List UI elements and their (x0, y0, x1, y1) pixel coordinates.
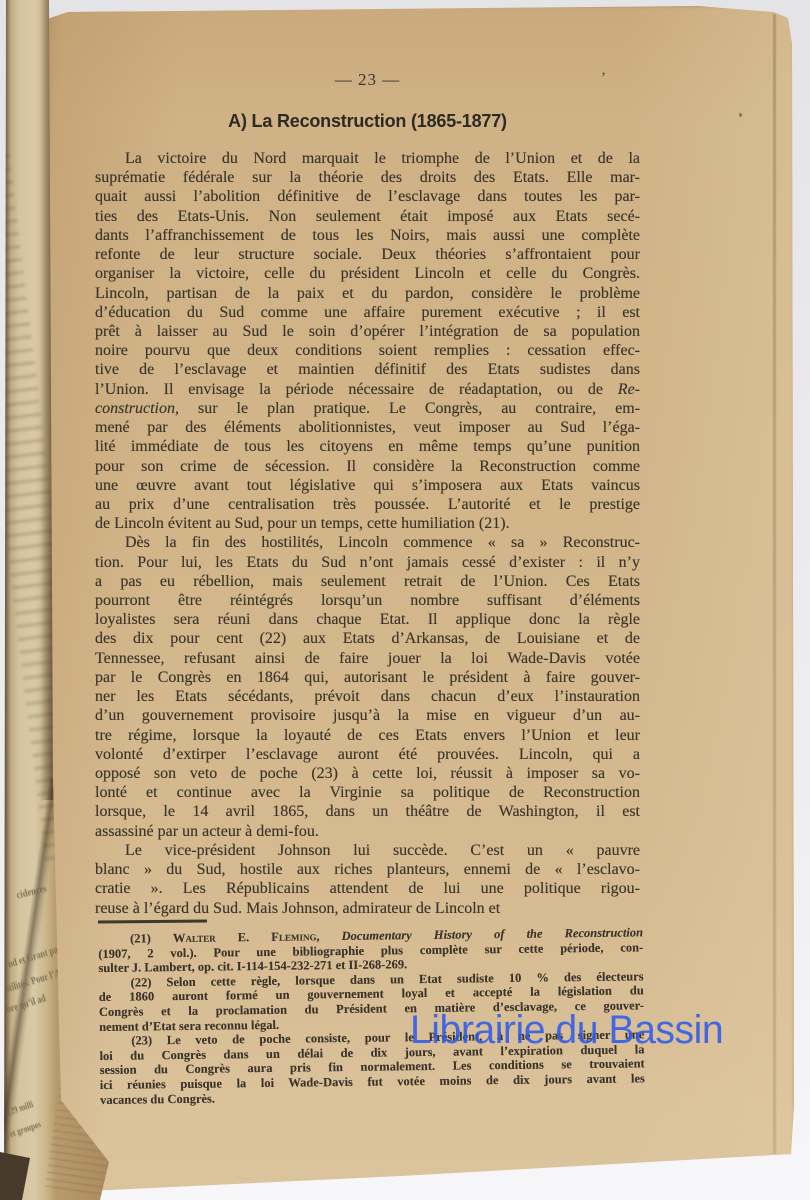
book-photo: cidencesnd et Grant pastilités. Pour l’A… (0, 0, 810, 1200)
text-segment: Lincoln, partisan de la paix et du pardo… (95, 285, 640, 302)
text-segment: lorsque, le 14 avril 1865, dans un théât… (95, 803, 640, 820)
text-segment: cratie ». Les Républicains attendent de … (95, 880, 640, 897)
text-line: tive de l’esclavage et maintien définiti… (95, 360, 640, 379)
text-segment: pourront être réintégrés lorsqu’un nombr… (95, 592, 640, 609)
text-line: assassiné par un acteur à demi-fou. (95, 822, 640, 841)
text-line: des dix pour cent (22) aux Etats d’Arkan… (95, 629, 640, 648)
page-number: — 23 — (95, 70, 640, 90)
footnote-separator (98, 920, 207, 923)
text-line: a pas eu rébellion, mais seulement retra… (95, 572, 640, 591)
text-segment: (21) (130, 931, 173, 946)
text-segment: a pas eu rébellion, mais seulement retra… (95, 573, 640, 590)
text-segment: prêt à laisser au Sud le soin d’opérer l… (95, 323, 640, 340)
text-line: Tennessee, refusant ainsi de faire jouer… (95, 649, 640, 668)
text-line: pour son crime de sécession. Il considèr… (95, 457, 640, 476)
text-line: construction, sur le plan pratique. Le C… (95, 399, 640, 418)
text-line: refonte de leur structure sociale. Deux … (95, 245, 640, 264)
text-line: suprématie fédérale sur la théorie des d… (95, 168, 640, 187)
text-line: lité immédiate de tous les citoyens en m… (95, 437, 640, 456)
text-segment: noire pourvu que deux conditions soient … (95, 342, 640, 359)
text-segment: tive de l’esclavage et maintien définiti… (95, 361, 640, 378)
text-segment: vacances du Congrès. (100, 1091, 215, 1106)
text-segment: quait aussi l’abolition définitive de l’… (95, 188, 640, 205)
text-segment: construction (95, 400, 175, 417)
text-segment: lité immédiate de tous les citoyens en m… (95, 438, 640, 455)
text-line: mené par des éléments abolitionnistes, v… (95, 418, 640, 437)
text-segment: des dix pour cent (22) aux Etats d’Arkan… (95, 630, 640, 647)
text-line: pourront être réintégrés lorsqu’un nombr… (95, 591, 640, 610)
text-line: ner les Etats sécédants, prévoit dans ch… (95, 687, 640, 706)
text-line: dants l’affranchissement de tous les Noi… (95, 226, 640, 245)
text-line: d’éducation du Sud comme une affaire pur… (95, 303, 640, 322)
text-line: cratie ». Les Républicains attendent de … (95, 879, 640, 898)
text-segment: blanc » du Sud, hostile aux riches plant… (95, 861, 640, 878)
text-segment: ner les Etats sécédants, prévoit dans ch… (95, 688, 640, 705)
text-line: ties des Etats-Unis. Non seulement était… (95, 207, 640, 226)
text-line: blanc » du Sud, hostile aux riches plant… (95, 860, 640, 879)
text-segment: d’un gouvernement provisoire jusqu’à la … (95, 707, 640, 724)
text-segment: tion. Pour lui, les Etats du Sud n’ont j… (95, 554, 640, 571)
text-segment: Tennessee, refusant ainsi de faire jouer… (95, 650, 640, 667)
text-segment: mené par des éléments abolitionnistes, v… (95, 419, 640, 436)
text-line: l’Union. Il envisage la période nécessai… (95, 380, 640, 399)
text-segment: lonté et continue avec la Virginie sa po… (95, 784, 640, 801)
text-segment: loyalistes sera réuni dans chaque Etat. … (95, 611, 640, 628)
text-segment: reuse à l’égard du Sud. Mais Johnson, ad… (95, 900, 500, 917)
text-segment: assassiné par un acteur à demi-fou. (95, 823, 319, 840)
text-segment: Dès la fin des hostilités, Lincoln comme… (125, 534, 640, 551)
text-segment: l’Union. Il envisage la période nécessai… (95, 381, 618, 398)
ink-speck (739, 113, 742, 117)
text-line: quait aussi l’abolition définitive de l’… (95, 187, 640, 206)
body-text: La victoire du Nord marquait le triomphe… (95, 149, 640, 918)
text-line: Dès la fin des hostilités, Lincoln comme… (95, 533, 640, 552)
text-segment: organiser la victoire, celle du présiden… (95, 265, 640, 282)
text-line: lonté et continue avec la Virginie sa po… (95, 783, 640, 802)
text-segment: nement d’Etat sera reconnu légal. (99, 1017, 279, 1033)
page-edge-crease (773, 14, 776, 1154)
text-segment: pour son crime de sécession. Il considèr… (95, 458, 640, 475)
text-segment: d’éducation du Sud comme une affaire pur… (95, 304, 640, 321)
text-segment: , (316, 929, 341, 943)
text-line: opposé son veto de poche (23) à cette lo… (95, 764, 640, 783)
text-line: lorsque, le 14 avril 1865, dans un théât… (95, 802, 640, 821)
text-line: d’un gouvernement provisoire jusqu’à la … (95, 706, 640, 725)
text-line: de Lincoln évitent au Sud, pour un temps… (95, 514, 640, 533)
text-segment: volonté d’extirper l’esclavage auront ét… (95, 746, 640, 763)
text-segment: une œuvre avant tout législative qui s’i… (95, 477, 640, 494)
text-segment: La victoire du Nord marquait le triomphe… (125, 150, 640, 167)
text-line: prêt à laisser au Sud le soin d’opérer l… (95, 322, 640, 341)
text-segment: par le Congrès en 1864 qui, autorisant l… (95, 669, 640, 686)
watermark: Librairie du Bassin (410, 1008, 723, 1053)
text-segment: ties des Etats-Unis. Non seulement était… (95, 208, 640, 225)
text-segment: , sur le plan pratique. Le Congrès, au c… (175, 400, 640, 417)
text-segment: Le vice-président Johnson lui succède. C… (125, 842, 640, 859)
text-segment: au prix d’une centralisation très poussé… (95, 496, 640, 513)
text-segment: refonte de leur structure sociale. Deux … (95, 246, 640, 263)
text-line: noire pourvu que deux conditions soient … (95, 341, 640, 360)
text-line: loyalistes sera réuni dans chaque Etat. … (95, 610, 640, 629)
text-line: au prix d’une centralisation très poussé… (95, 495, 640, 514)
text-line: tre régime, lorsque la loyauté de ces Et… (95, 726, 640, 745)
ink-speck: ’ (601, 70, 606, 87)
text-segment: de Lincoln évitent au Sud, pour un temps… (95, 515, 510, 532)
text-segment: suprématie fédérale sur la théorie des d… (95, 169, 640, 186)
text-line: Lincoln, partisan de la paix et du pardo… (95, 284, 640, 303)
text-segment: opposé son veto de poche (23) à cette lo… (95, 765, 640, 782)
text-segment: Walter E. Fleming (173, 929, 317, 945)
text-segment: tre régime, lorsque la loyauté de ces Et… (95, 727, 640, 744)
text-line: par le Congrès en 1864 qui, autorisant l… (95, 668, 640, 687)
text-segment: dants l’affranchissement de tous les Noi… (95, 227, 640, 244)
text-line: organiser la victoire, celle du présiden… (95, 264, 640, 283)
text-line: La victoire du Nord marquait le triomphe… (95, 149, 640, 168)
text-line: une œuvre avant tout législative qui s’i… (95, 476, 640, 495)
text-segment: Re- (618, 381, 640, 398)
text-line: reuse à l’égard du Sud. Mais Johnson, ad… (95, 899, 640, 918)
section-heading: A) La Reconstruction (1865-1877) (95, 111, 640, 132)
text-line: tion. Pour lui, les Etats du Sud n’ont j… (95, 553, 640, 572)
text-line: Le vice-président Johnson lui succède. C… (95, 841, 640, 860)
text-line: volonté d’extirper l’esclavage auront ét… (95, 745, 640, 764)
